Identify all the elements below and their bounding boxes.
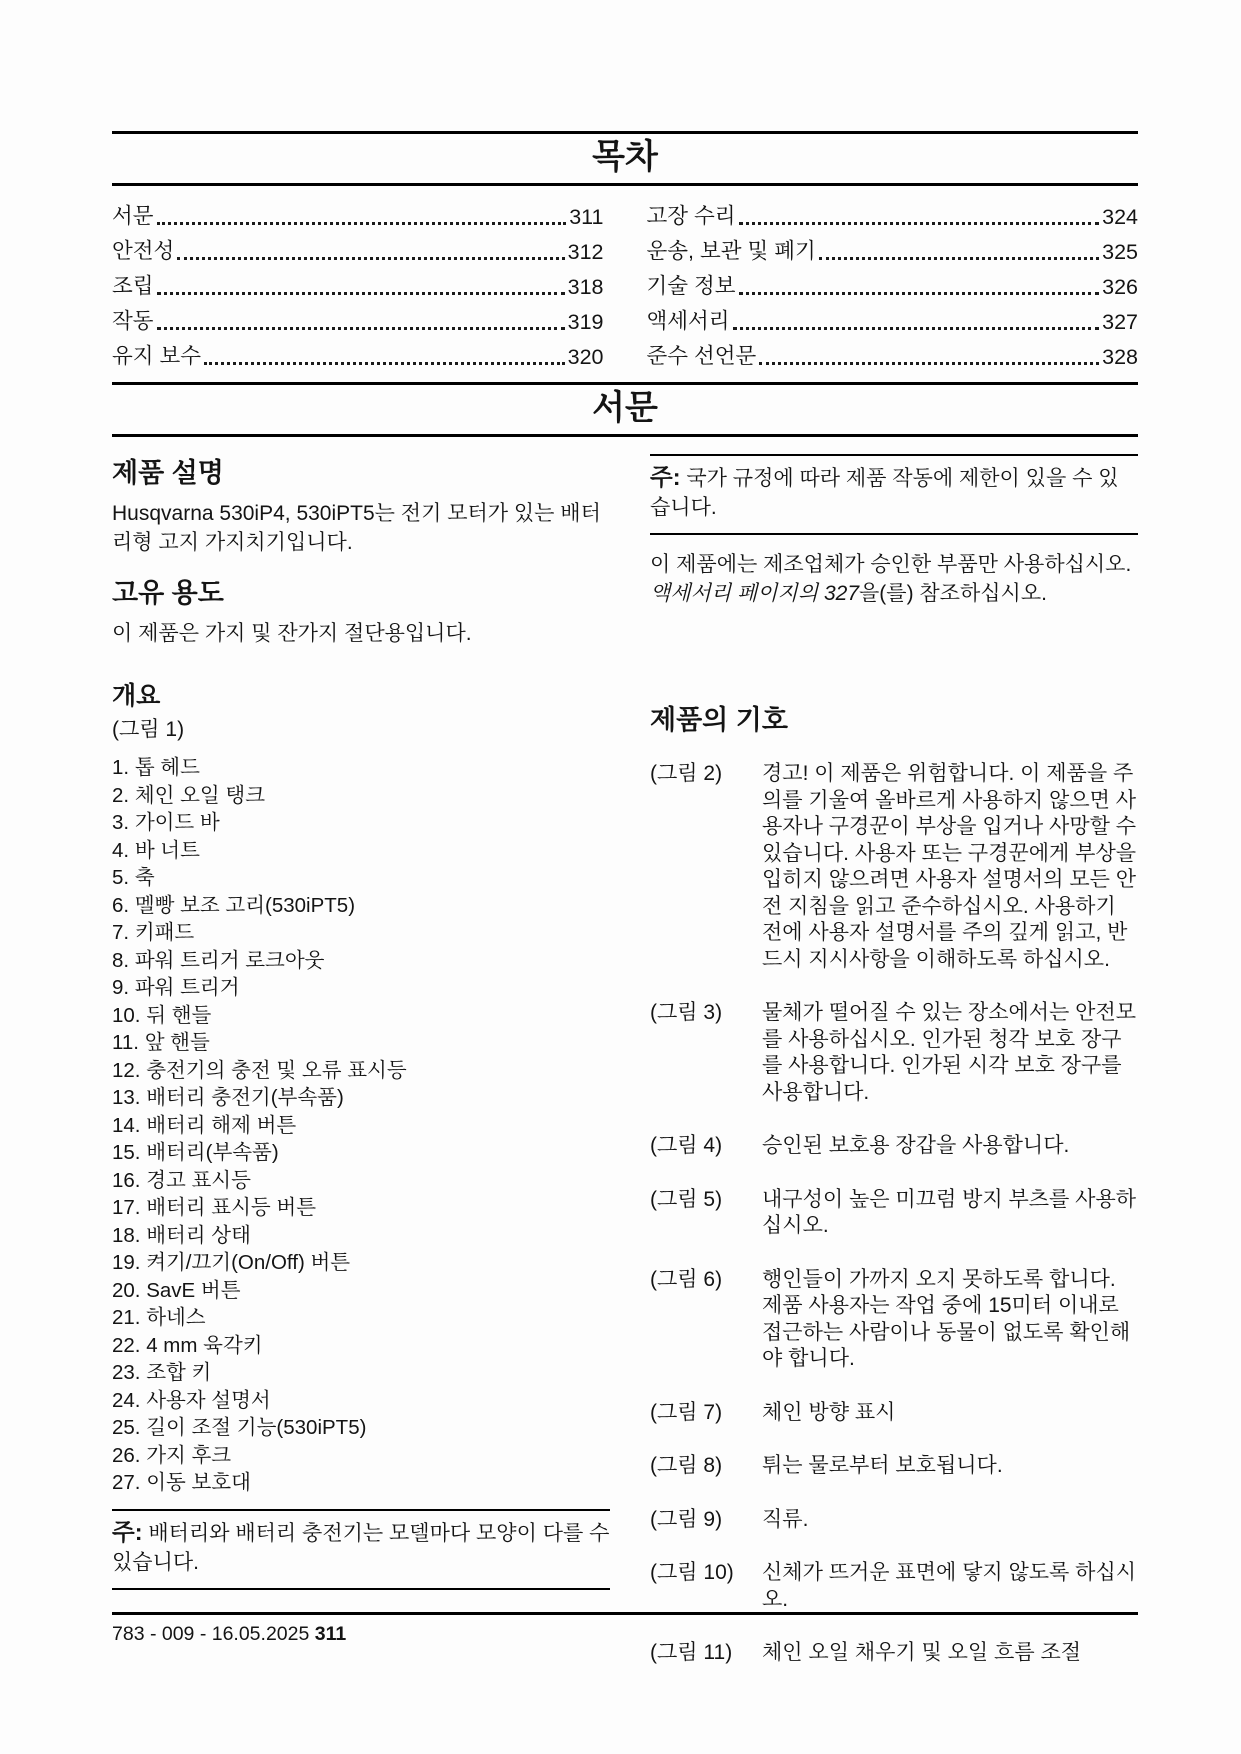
overview-item-number: 17. (112, 1196, 141, 1219)
toc-entry-page: 311 (569, 205, 603, 230)
overview-item-label: 톱 헤드 (135, 756, 200, 779)
product-description-text: Husqvarna 530iP4, 530iPT5는 전기 모터가 있는 배터리… (112, 499, 610, 557)
heading-overview: 개요 (112, 676, 610, 712)
overview-item-number: 16. (112, 1169, 141, 1192)
overview-item-number: 27. (112, 1471, 141, 1494)
overview-item: 8. 파워 트리거 로크아웃 (112, 947, 610, 975)
toc-leader-dots (157, 222, 567, 225)
overview-item-label: 충전기의 충전 및 오류 표시등 (146, 1059, 406, 1082)
symbol-entry: (그림 6) 행인들이 가까지 오지 못하도록 합니다. 제품 사용자는 작업 … (650, 1267, 1138, 1373)
approved-parts-prefix: 이 제품에는 제조업체가 승인한 부품만 사용하십시오. (650, 553, 1131, 576)
symbol-description: 신체가 뜨거운 표면에 닿지 않도록 하십시오. (762, 1560, 1138, 1613)
toc-entry-label: 고장 수리 (647, 199, 736, 230)
overview-item: 24. 사용자 설명서 (112, 1387, 610, 1415)
overview-item-label: 앞 핸들 (145, 1031, 210, 1054)
symbol-description: 물체가 떨어질 수 있는 장소에서는 안전모를 사용하십시오. 인가된 청각 보… (762, 1000, 1138, 1106)
overview-item-number: 26. (112, 1444, 141, 1467)
note-box-battery: 주: 배터리와 배터리 충전기는 모델마다 모양이 다를 수 있습니다. (112, 1509, 610, 1590)
toc-leader-dots (739, 292, 1100, 295)
toc-entry-label: 서문 (112, 199, 154, 230)
overview-item-label: 축 (135, 866, 155, 889)
symbol-entry: (그림 8) 튀는 물로부터 보호됩니다. (650, 1453, 1138, 1480)
toc-entry-label: 조립 (112, 269, 154, 300)
toc-leader-dots (157, 292, 565, 295)
figure-reference: (그림 3) (650, 1000, 762, 1106)
toc-leader-dots (177, 257, 564, 260)
toc-column-right: 고장 수리 324 운송, 보관 및 폐기 325 기술 정보 326 (647, 195, 1139, 370)
overview-item: 16. 경고 표시등 (112, 1167, 610, 1195)
section-title: 서문 (592, 389, 658, 427)
symbol-entry: (그림 2) 경고! 이 제품은 위험합니다. 이 제품을 주의를 기울여 올바… (650, 761, 1138, 973)
toc-entry-page: 320 (568, 345, 604, 370)
overview-item: 1. 톱 헤드 (112, 754, 610, 782)
heading-product-description: 제품 설명 (112, 451, 610, 490)
figure-reference: (그림 6) (650, 1267, 762, 1373)
figure-reference: (그림 2) (650, 761, 762, 973)
note-label: 주: (650, 464, 681, 490)
page-footer: 783 - 009 - 16.05.2025 311 (112, 1612, 1138, 1646)
overview-item-number: 11. (112, 1031, 139, 1054)
overview-item: 11. 앞 핸들 (112, 1029, 610, 1057)
toc: 서문 311 안전성 312 조립 318 작동 (112, 186, 1138, 382)
overview-figure-ref: (그림 1) (112, 715, 610, 744)
overview-item-number: 7. (112, 921, 129, 944)
note-label: 주: (112, 1519, 143, 1545)
symbol-description: 체인 방향 표시 (762, 1400, 1138, 1427)
overview-item-label: 바 너트 (135, 839, 200, 862)
overview-item-number: 3. (112, 811, 129, 834)
symbol-entry: (그림 5) 내구성이 높은 미끄럼 방지 부츠를 사용하십시오. (650, 1187, 1138, 1240)
overview-item: 25. 길이 조절 기능(530iPT5) (112, 1414, 610, 1442)
note-box-regulations: 주: 국가 규정에 따라 제품 작동에 제한이 있을 수 있습니다. (650, 454, 1138, 535)
figure-reference: (그림 7) (650, 1400, 762, 1427)
symbol-description: 승인된 보호용 장갑을 사용합니다. (762, 1133, 1138, 1160)
toc-entry: 조립 318 (112, 265, 604, 300)
figure-reference: (그림 10) (650, 1560, 762, 1613)
toc-leader-dots (157, 327, 565, 330)
footer-page-number: 311 (315, 1623, 346, 1645)
overview-list: 1. 톱 헤드 2. 체인 오일 탱크 3. 가이드 바 4. 바 너트 5. … (112, 754, 610, 1497)
overview-item-number: 18. (112, 1224, 141, 1247)
overview-item: 18. 배터리 상태 (112, 1222, 610, 1250)
approved-parts-suffix: 을(를) 참조하십시오. (859, 582, 1047, 605)
overview-item-label: 배터리 해제 버튼 (146, 1114, 296, 1137)
overview-item-label: 조합 키 (146, 1361, 211, 1384)
toc-entry-label: 기술 정보 (647, 269, 736, 300)
overview-item: 4. 바 너트 (112, 837, 610, 865)
overview-item: 3. 가이드 바 (112, 809, 610, 837)
symbol-entry: (그림 3) 물체가 떨어질 수 있는 장소에서는 안전모를 사용하십시오. 인… (650, 1000, 1138, 1106)
overview-item-number: 4. (112, 839, 129, 862)
symbol-description: 내구성이 높은 미끄럼 방지 부츠를 사용하십시오. (762, 1187, 1138, 1240)
toc-entry-page: 312 (568, 240, 604, 265)
overview-item: 14. 배터리 해제 버튼 (112, 1112, 610, 1140)
overview-item-number: 20. (112, 1279, 141, 1302)
symbol-description: 튀는 물로부터 보호됩니다. (762, 1453, 1138, 1480)
toc-entry: 고장 수리 324 (647, 195, 1139, 230)
overview-item: 22. 4 mm 육각키 (112, 1332, 610, 1360)
overview-item-label: 키패드 (135, 921, 194, 944)
toc-entry-label: 유지 보수 (112, 339, 201, 370)
overview-item-label: 뒤 핸들 (146, 1004, 211, 1027)
symbol-description: 직류. (762, 1507, 1138, 1534)
overview-item-label: 켜기/끄기(On/Off) 버튼 (146, 1251, 350, 1274)
overview-item: 26. 가지 후크 (112, 1442, 610, 1470)
symbol-description: 행인들이 가까지 오지 못하도록 합니다. 제품 사용자는 작업 중에 15미터… (762, 1267, 1138, 1373)
overview-item-label: 이동 보호대 (146, 1471, 251, 1494)
overview-item-number: 23. (112, 1361, 141, 1384)
overview-item-label: 길이 조절 기능(530iPT5) (146, 1416, 366, 1439)
overview-item-label: 파워 트리거 (135, 976, 240, 999)
overview-item-label: 가이드 바 (135, 811, 220, 834)
toc-entry: 액세서리 327 (647, 300, 1139, 335)
toc-entry: 서문 311 (112, 195, 604, 230)
figure-reference: (그림 5) (650, 1187, 762, 1240)
overview-item-number: 13. (112, 1086, 141, 1109)
overview-item-label: 멜빵 보조 고리(530iPT5) (135, 894, 355, 917)
overview-item-label: 체인 오일 탱크 (135, 784, 265, 807)
symbol-entry: (그림 9) 직류. (650, 1507, 1138, 1534)
overview-item: 13. 배터리 충전기(부속품) (112, 1084, 610, 1112)
note-text: 국가 규정에 따라 제품 작동에 제한이 있을 수 있습니다. (650, 467, 1118, 519)
overview-item-label: SavE 버튼 (146, 1279, 240, 1302)
overview-item: 12. 충전기의 충전 및 오류 표시등 (112, 1057, 610, 1085)
overview-item-label: 사용자 설명서 (146, 1389, 271, 1412)
overview-item-number: 22. (112, 1334, 141, 1357)
manual-page: 목차 서문 311 안전성 312 조립 318 (0, 0, 1241, 1694)
body-columns: 제품 설명 Husqvarna 530iP4, 530iPT5는 전기 모터가 … (112, 437, 1138, 1694)
overview-item-number: 2. (112, 784, 129, 807)
intended-use-text: 이 제품은 가지 및 잔가지 절단용입니다. (112, 619, 610, 648)
overview-item: 21. 하네스 (112, 1304, 610, 1332)
overview-item: 6. 멜빵 보조 고리(530iPT5) (112, 892, 610, 920)
toc-entry: 기술 정보 326 (647, 265, 1139, 300)
toc-leader-dots (819, 257, 1099, 260)
toc-title: 목차 (592, 138, 658, 176)
toc-leader-dots (204, 362, 565, 365)
overview-item-label: 배터리 충전기(부속품) (146, 1086, 344, 1109)
overview-item-number: 9. (112, 976, 129, 999)
overview-item-number: 25. (112, 1416, 141, 1439)
toc-entry-label: 안전성 (112, 234, 174, 265)
toc-entry-page: 328 (1102, 345, 1138, 370)
overview-item-number: 21. (112, 1306, 141, 1329)
overview-item-label: 배터리 표시등 버튼 (146, 1196, 316, 1219)
overview-item: 2. 체인 오일 탱크 (112, 782, 610, 810)
footer-document-code: 783 - 009 - 16.05.2025 (112, 1623, 309, 1645)
toc-entry-label: 준수 선언문 (647, 339, 757, 370)
section-banner: 서문 (112, 382, 1138, 437)
right-column: 주: 국가 규정에 따라 제품 작동에 제한이 있을 수 있습니다. 이 제품에… (650, 451, 1138, 1694)
symbol-entry: (그림 4) 승인된 보호용 장갑을 사용합니다. (650, 1133, 1138, 1160)
toc-entry: 작동 319 (112, 300, 604, 335)
symbol-entry: (그림 7) 체인 방향 표시 (650, 1400, 1138, 1427)
toc-entry: 안전성 312 (112, 230, 604, 265)
overview-item-label: 경고 표시등 (146, 1169, 251, 1192)
overview-item: 27. 이동 보호대 (112, 1469, 610, 1497)
toc-entry-label: 작동 (112, 304, 154, 335)
overview-item-number: 15. (112, 1141, 141, 1164)
overview-item: 10. 뒤 핸들 (112, 1002, 610, 1030)
toc-entry-label: 운송, 보관 및 폐기 (647, 234, 816, 265)
overview-item-label: 배터리 상태 (146, 1224, 251, 1247)
overview-item: 19. 켜기/끄기(On/Off) 버튼 (112, 1249, 610, 1277)
toc-banner: 목차 (112, 131, 1138, 186)
overview-item-label: 파워 트리거 로크아웃 (135, 949, 325, 972)
overview-item-number: 19. (112, 1251, 141, 1274)
toc-entry-page: 324 (1102, 205, 1138, 230)
toc-entry-page: 326 (1102, 275, 1138, 300)
heading-product-symbols: 제품의 기호 (650, 698, 1138, 737)
heading-intended-use: 고유 용도 (112, 571, 610, 610)
overview-item-number: 12. (112, 1059, 141, 1082)
overview-item: 17. 배터리 표시등 버튼 (112, 1194, 610, 1222)
toc-leader-dots (733, 327, 1100, 330)
overview-item: 23. 조합 키 (112, 1359, 610, 1387)
symbol-description: 경고! 이 제품은 위험합니다. 이 제품을 주의를 기울여 올바르게 사용하지… (762, 761, 1138, 973)
figure-reference: (그림 4) (650, 1133, 762, 1160)
toc-entry-label: 액세서리 (647, 304, 730, 335)
overview-item-number: 5. (112, 866, 129, 889)
accessories-page-reference: 액세서리 페이지의 327 (650, 582, 859, 605)
toc-column-left: 서문 311 안전성 312 조립 318 작동 (112, 195, 604, 370)
overview-item-number: 14. (112, 1114, 141, 1137)
overview-item: 7. 키패드 (112, 919, 610, 947)
left-column: 제품 설명 Husqvarna 530iP4, 530iPT5는 전기 모터가 … (112, 451, 610, 1694)
overview-item: 15. 배터리(부속품) (112, 1139, 610, 1167)
overview-item-number: 10. (112, 1004, 141, 1027)
overview-item-label: 배터리(부속품) (146, 1141, 278, 1164)
overview-item-number: 1. (112, 756, 129, 779)
note-text: 배터리와 배터리 충전기는 모델마다 모양이 다를 수 있습니다. (112, 1522, 609, 1574)
toc-entry: 운송, 보관 및 폐기 325 (647, 230, 1139, 265)
toc-leader-dots (739, 222, 1100, 225)
approved-parts-text: 이 제품에는 제조업체가 승인한 부품만 사용하십시오. 액세서리 페이지의 3… (650, 550, 1138, 608)
toc-leader-dots (759, 362, 1099, 365)
toc-entry-page: 325 (1102, 240, 1138, 265)
figure-reference: (그림 8) (650, 1453, 762, 1480)
toc-entry-page: 319 (568, 310, 604, 335)
overview-item: 9. 파워 트리거 (112, 974, 610, 1002)
overview-item-label: 하네스 (146, 1306, 205, 1329)
toc-entry: 준수 선언문 328 (647, 335, 1139, 370)
overview-item-number: 8. (112, 949, 129, 972)
toc-entry: 유지 보수 320 (112, 335, 604, 370)
overview-item-label: 가지 후크 (146, 1444, 231, 1467)
overview-item-label: 4 mm 육각키 (146, 1334, 262, 1357)
symbol-entry: (그림 10) 신체가 뜨거운 표면에 닿지 않도록 하십시오. (650, 1560, 1138, 1613)
symbols-list: (그림 2) 경고! 이 제품은 위험합니다. 이 제품을 주의를 기울여 올바… (650, 761, 1138, 1667)
figure-reference: (그림 9) (650, 1507, 762, 1534)
toc-entry-page: 318 (568, 275, 604, 300)
overview-item-number: 24. (112, 1389, 141, 1412)
toc-entry-page: 327 (1102, 310, 1138, 335)
overview-item: 5. 축 (112, 864, 610, 892)
overview-item: 20. SavE 버튼 (112, 1277, 610, 1305)
overview-item-number: 6. (112, 894, 129, 917)
